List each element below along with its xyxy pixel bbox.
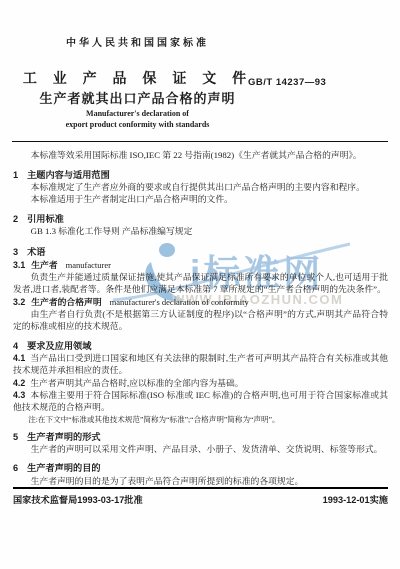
header-rule xyxy=(12,141,388,142)
country-standard-title: 中华人民共和国国家标准 xyxy=(0,34,275,49)
term-3-2-number: 3.2 xyxy=(13,297,25,307)
clause-4-2: 4.2生产者声明其产品合格时,应以标准的全部内容为基础。 xyxy=(13,377,388,389)
clause-4-3-number: 4.3 xyxy=(13,390,25,400)
term-3-2-definition: 由生产者自行负责(不是根据第三方认证制度的程序)以“合格声明”的方式,声明其产品… xyxy=(13,308,388,332)
section-4-number: 4 xyxy=(13,341,18,351)
term-3-1-english: manufacturer xyxy=(66,260,111,270)
section-5-title: 生产者声明的形式 xyxy=(27,432,101,442)
section-2-reference: GB 1.3 标准化工作导则 产品标准编写规定 xyxy=(13,225,388,237)
footer-bar: 国家技术监督局1993-03-17批准 1993-12-01实施 xyxy=(13,487,388,506)
english-title-line1: Manufacturer's declaration of xyxy=(0,109,275,118)
clause-4-note: 注:在下文中“标准或其他技术规范”简称为“标准”;“合格声明”简称为“声明”。 xyxy=(13,415,388,425)
section-1-paragraph-2: 本标准适用于生产者制定出口产品合格声明的文件。 xyxy=(13,193,388,205)
section-6-number: 6 xyxy=(13,463,18,473)
term-3-1-chinese: 生产者 xyxy=(31,260,57,270)
section-2-title: 引用标准 xyxy=(27,214,64,224)
term-3-2-chinese: 生产者的合格声明 xyxy=(31,297,101,307)
section-6-heading: 6生产者声明的目的 xyxy=(13,462,388,474)
clause-4-2-text: 生产者声明其产品合格时,应以标准的全部内容为基础。 xyxy=(30,378,243,388)
term-3-1-definition: 负责生产并能通过质量保证措施,使其产品保证满足标准所有要求的单位或个人,也可适用… xyxy=(13,271,388,295)
clause-4-3: 4.3本标准主要用于符合国际标准(ISO 标准或 IEC 标准)的合格声明,也可… xyxy=(13,389,388,413)
clause-4-1-number: 4.1 xyxy=(13,353,25,363)
section-3-title: 术语 xyxy=(27,247,45,257)
term-3-2-line: 3.2生产者的合格声明manufacturer's declaration of… xyxy=(13,296,388,308)
foreword-paragraph: 本标准等效采用国际标准 ISO,IEC 第 22 号指南(1982)《生产者就其… xyxy=(13,149,388,161)
section-2-heading: 2引用标准 xyxy=(13,213,388,225)
clause-4-1-text: 当产品出口受到进口国家和地区有关法律的限制时,生产者可声明其产品符合有关标准或其… xyxy=(13,353,388,375)
section-5-number: 5 xyxy=(13,432,18,442)
implementation-date-text: 1993-12-01实施 xyxy=(323,492,388,506)
clause-4-1: 4.1当产品出口受到进口国家和地区有关法律的限制时,生产者可声明其产品符合有关标… xyxy=(13,352,388,376)
standard-number: GB/T 14237—93 xyxy=(248,77,326,88)
section-1-paragraph-1: 本标准规定了生产者应外商的要求或自行提供其出口产品合格声明的主要内容和程序。 xyxy=(13,181,388,193)
main-title-line1: 工 业 产 品 保 证 文 件 xyxy=(0,68,275,88)
section-6-title: 生产者声明的目的 xyxy=(27,463,101,473)
section-3-heading: 3术语 xyxy=(13,246,388,258)
section-1-title: 主题内容与适用范围 xyxy=(27,170,110,180)
term-3-1-line: 3.1生产者manufacturer xyxy=(13,259,388,271)
section-1-heading: 1主题内容与适用范围 xyxy=(13,169,388,181)
term-3-2-english: manufacturer's declaration of conformity xyxy=(110,297,249,307)
section-4-title: 要求及应用领域 xyxy=(27,341,91,351)
section-6-paragraph: 生产者声明的目的是为了表明产品符合声明所提到的标准的各项规定。 xyxy=(13,475,388,487)
english-title-line2: export product conformity with standards xyxy=(0,120,275,129)
section-3-number: 3 xyxy=(13,247,18,257)
section-2-number: 2 xyxy=(13,214,18,224)
section-4-heading: 4要求及应用领域 xyxy=(13,340,388,352)
section-5-paragraph: 生产者的声明可以采用文件声明、产品目录、小册子、发货清单、交货说明、标签等形式。 xyxy=(13,443,388,455)
document-body: 本标准等效采用国际标准 ISO,IEC 第 22 号指南(1982)《生产者就其… xyxy=(13,149,388,487)
clause-4-2-number: 4.2 xyxy=(13,378,25,388)
term-3-1-number: 3.1 xyxy=(13,260,25,270)
main-title-line2: 生产者就其出口产品合格的声明 xyxy=(0,88,275,107)
section-5-heading: 5生产者声明的形式 xyxy=(13,431,388,443)
standard-document-page: i标准网 WWW.IBIAOZHUN.COM 中华人民共和国国家标准 工 业 产… xyxy=(0,0,400,569)
clause-4-3-text: 本标准主要用于符合国际标准(ISO 标准或 IEC 标准)的合格声明,也可用于符… xyxy=(13,390,388,412)
section-1-number: 1 xyxy=(13,170,18,180)
approval-date-text: 国家技术监督局1993-03-17批准 xyxy=(13,492,143,506)
